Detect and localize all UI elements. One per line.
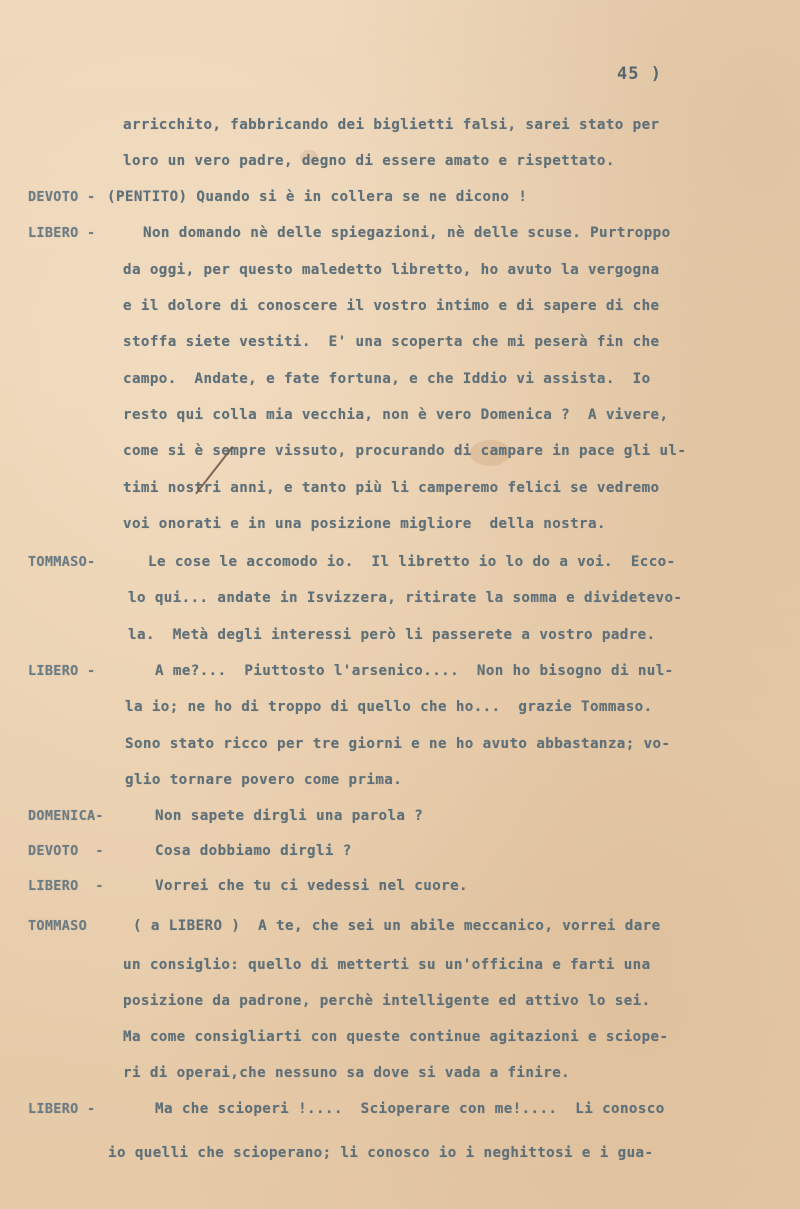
speaker-name: LIBERO - bbox=[28, 663, 95, 679]
text-line: la. Metà degli interessi però li passere… bbox=[128, 627, 656, 643]
text-line: la io; ne ho di troppo di quello che ho.… bbox=[125, 699, 653, 715]
text-line: Cosa dobbiamo dirgli ? bbox=[155, 843, 352, 859]
text-line: voi onorati e in una posizione migliore … bbox=[123, 516, 606, 532]
text-line: io quelli che scioperano; li conosco io … bbox=[108, 1145, 653, 1161]
text-line: lo qui... andate in Isvizzera, ritirate … bbox=[128, 590, 682, 606]
text-line: Non sapete dirgli una parola ? bbox=[155, 808, 423, 824]
text-line: come si è sempre vissuto, procurando di … bbox=[123, 443, 686, 459]
text-line: Sono stato ricco per tre giorni e ne ho … bbox=[125, 736, 670, 752]
text-line: Le cose le accomodo io. Il libretto io l… bbox=[148, 554, 676, 570]
text-line: Ma come consigliarti con queste continue… bbox=[123, 1029, 668, 1045]
text-line: Ma che scioperi !.... Scioperare con me!… bbox=[155, 1101, 665, 1117]
typewritten-page: 45 ) arricchito, fabbricando dei bigliet… bbox=[0, 0, 800, 1209]
speaker-name: DOMENICA- bbox=[28, 808, 104, 824]
text-line: (PENTITO) Quando si è in collera se ne d… bbox=[107, 189, 527, 205]
text-line: Non domando nè delle spiegazioni, nè del… bbox=[143, 225, 671, 241]
speaker-name: TOMMASO bbox=[28, 918, 87, 934]
text-line: ri di operai,che nessuno sa dove si vada… bbox=[123, 1065, 570, 1081]
text-line: A me?... Piuttosto l'arsenico.... Non ho… bbox=[155, 663, 674, 679]
text-line: un consiglio: quello di metterti su un'o… bbox=[123, 957, 651, 973]
text-line: da oggi, per questo maledetto libretto, … bbox=[123, 262, 660, 278]
speaker-name: LIBERO - bbox=[28, 1101, 95, 1117]
text-line: ( a LIBERO ) A te, che sei un abile mecc… bbox=[133, 918, 661, 934]
text-line: glio tornare povero come prima. bbox=[125, 772, 402, 788]
text-line: posizione da padrone, perchè intelligent… bbox=[123, 993, 651, 1009]
text-line: arricchito, fabbricando dei biglietti fa… bbox=[123, 117, 660, 133]
speaker-name: LIBERO - bbox=[28, 225, 95, 241]
speaker-name: TOMMASO- bbox=[28, 554, 95, 570]
text-line: loro un vero padre, degno di essere amat… bbox=[123, 153, 615, 169]
text-line: stoffa siete vestiti. E' una scoperta ch… bbox=[123, 334, 660, 350]
text-line: Vorrei che tu ci vedessi nel cuore. bbox=[155, 878, 468, 894]
speaker-name: LIBERO - bbox=[28, 878, 104, 894]
page-number: 45 ) bbox=[617, 64, 662, 84]
speaker-name: DEVOTO - bbox=[28, 189, 95, 205]
speaker-name: DEVOTO - bbox=[28, 843, 104, 859]
text-line: campo. Andate, e fate fortuna, e che Idd… bbox=[123, 371, 651, 387]
text-line: resto qui colla mia vecchia, non è vero … bbox=[123, 407, 668, 423]
text-line: e il dolore di conoscere il vostro intim… bbox=[123, 298, 660, 314]
